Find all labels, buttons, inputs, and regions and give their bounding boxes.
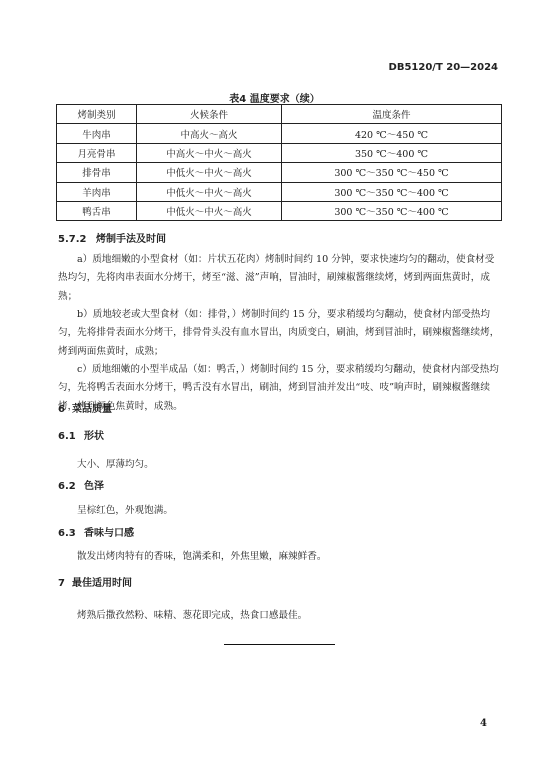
table-cell: 420 ℃～450 ℃ [282, 124, 502, 143]
table-row: 鸭舌串 中低火～中火～高火 300 ℃～350 ℃～400 ℃ [57, 201, 502, 220]
table-row: 月亮骨串 中高火～中火～高火 350 ℃～400 ℃ [57, 143, 502, 162]
section-number: 6.3 [58, 528, 84, 539]
table-cell: 350 ℃～400 ℃ [282, 143, 502, 162]
section-number: 6.1 [58, 431, 84, 442]
table-row: 羊肉串 中低火～中火～高火 300 ℃～350 ℃～400 ℃ [57, 182, 502, 201]
section-heading-7: 7最佳适用时间 [58, 574, 132, 589]
paragraph-item-a: a）质地细嫩的小型食材（如：片状五花肉）烤制时间约 10 分钟，要求快速均匀的翻… [58, 251, 500, 306]
paragraph-shape: 大小、厚薄均匀。 [77, 456, 154, 470]
column-header: 烤制类别 [57, 105, 137, 124]
paragraph-item-b: b）质地较老或大型食材（如：排骨，）烤制时间约 15 分，要求稍缓均匀翻动，使食… [58, 306, 500, 361]
section-heading-6: 6菜品质量 [58, 400, 112, 415]
table-cell: 中低火～中火～高火 [137, 201, 282, 220]
column-header: 温度条件 [282, 105, 502, 124]
section-number: 6.2 [58, 481, 84, 492]
table-cell: 排骨串 [57, 163, 137, 182]
table-cell: 中低火～中火～高火 [137, 163, 282, 182]
section-heading-6-3: 6.3香味与口感 [58, 524, 134, 539]
column-header: 火候条件 [137, 105, 282, 124]
table-cell: 中低火～中火～高火 [137, 182, 282, 201]
table-cell: 300 ℃～350 ℃～400 ℃ [282, 182, 502, 201]
section-title: 烤制手法及时间 [96, 234, 166, 245]
section-number: 5.7.2 [58, 234, 96, 245]
table-cell: 月亮骨串 [57, 143, 137, 162]
table-cell: 羊肉串 [57, 182, 137, 201]
section-title: 最佳适用时间 [72, 578, 132, 589]
paragraph-item-c: c）质地细嫩的小型半成品（如：鸭舌，）烤制时间约 15 分，要求稍缓均匀翻动，使… [58, 361, 500, 416]
section-title: 菜品质量 [72, 404, 112, 415]
section-number: 7 [58, 578, 72, 589]
section-heading-6-1: 6.1形状 [58, 427, 104, 442]
end-rule-divider [224, 644, 335, 645]
table-cell: 中高火～中火～高火 [137, 143, 282, 162]
table-cell: 中高火～高火 [137, 124, 282, 143]
standard-code: DB5120/T 20—2024 [380, 62, 498, 73]
page-number: 4 [480, 718, 487, 729]
section-heading-5-7-2: 5.7.2烤制手法及时间 [58, 230, 166, 245]
table-caption: 表4 温度要求（续） [0, 90, 549, 105]
table-cell: 牛肉串 [57, 124, 137, 143]
table-cell: 300 ℃～350 ℃～400 ℃ [282, 201, 502, 220]
table-header-row: 烤制类别 火候条件 温度条件 [57, 105, 502, 124]
table-row: 排骨串 中低火～中火～高火 300 ℃～350 ℃～450 ℃ [57, 163, 502, 182]
table-cell: 300 ℃～350 ℃～450 ℃ [282, 163, 502, 182]
section-title: 色泽 [84, 481, 104, 492]
section-number: 6 [58, 404, 72, 415]
section-title: 形状 [84, 431, 104, 442]
paragraph-best-time: 烤熟后撒孜然粉、味精、葱花即完成，热食口感最佳。 [77, 607, 307, 621]
paragraph-color: 呈棕红色，外观饱满。 [77, 502, 173, 516]
temperature-table: 烤制类别 火候条件 温度条件 牛肉串 中高火～高火 420 ℃～450 ℃ 月亮… [56, 104, 502, 221]
section-heading-6-2: 6.2色泽 [58, 477, 104, 492]
table-row: 牛肉串 中高火～高火 420 ℃～450 ℃ [57, 124, 502, 143]
table-cell: 鸭舌串 [57, 201, 137, 220]
section-title: 香味与口感 [84, 528, 134, 539]
paragraph-taste: 散发出烤肉特有的香味，饱满柔和，外焦里嫩，麻辣鲜香。 [77, 548, 326, 562]
